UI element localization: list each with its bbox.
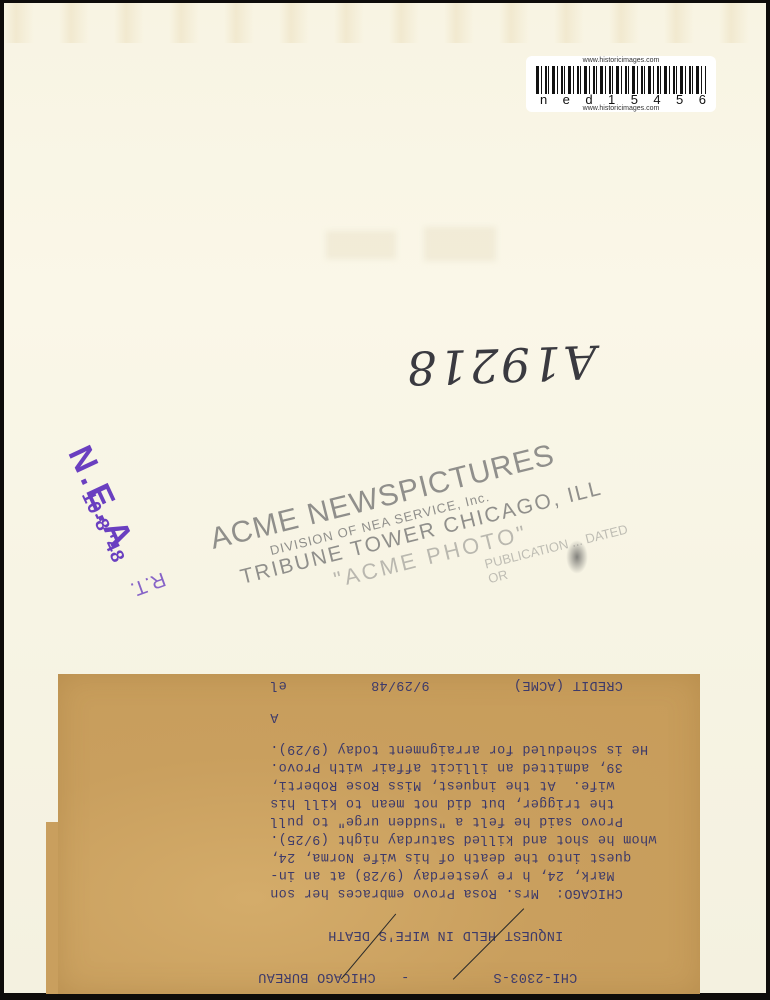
caption-line: CHI-2303-S - CHICAGO BUREAU: [258, 969, 577, 984]
barcode-url-top: www.historicimages.com: [526, 57, 716, 64]
caption-line: quest into the death of his wife Norma, …: [270, 849, 631, 864]
ghost-print: [424, 227, 496, 261]
caption-line: Mark, 24, h re yesterday (9/28) at an in…: [270, 867, 614, 882]
caption-text-upside-down: CHI-2303-S - CHICAGO BUREAU INQUEST HELD…: [58, 674, 700, 994]
caption-line: whom he shot and killed Saturday night (…: [270, 831, 656, 846]
caption-line: He is scheduled for arraignment today (9…: [270, 741, 648, 756]
caption-line: CHICAGO: Mrs. Rosa Provo embraces her so…: [270, 885, 623, 900]
handwritten-archive-id: A19218: [404, 335, 597, 396]
barcode-icon: [536, 66, 706, 94]
caption-clipping: CHI-2303-S - CHICAGO BUREAU INQUEST HELD…: [58, 674, 700, 994]
water-stains: [4, 3, 766, 43]
ghost-print: [326, 231, 396, 259]
barcode-sticker: www.historicimages.com n e d 1 5 4 5 6 w…: [526, 56, 716, 112]
caption-credit-line: CREDIT (ACME) 9/29/48 el: [270, 677, 623, 692]
barcode-url-bottom: www.historicimages.com: [526, 105, 716, 112]
caption-line: the trigger, but did not mean to kill hi…: [270, 795, 614, 810]
caption-line: 39, admitted an illicit affair with Prov…: [270, 759, 623, 774]
caption-headline: INQUEST HELD IN WIFE'S DEATH: [328, 927, 563, 942]
caption-line: wife. At the inquest, Miss Rose Roberti,: [270, 777, 614, 792]
caption-line: A: [270, 709, 278, 724]
ink-smudge: [566, 540, 588, 574]
caption-line: Provo said he felt a "sudden urge" to pu…: [270, 813, 623, 828]
